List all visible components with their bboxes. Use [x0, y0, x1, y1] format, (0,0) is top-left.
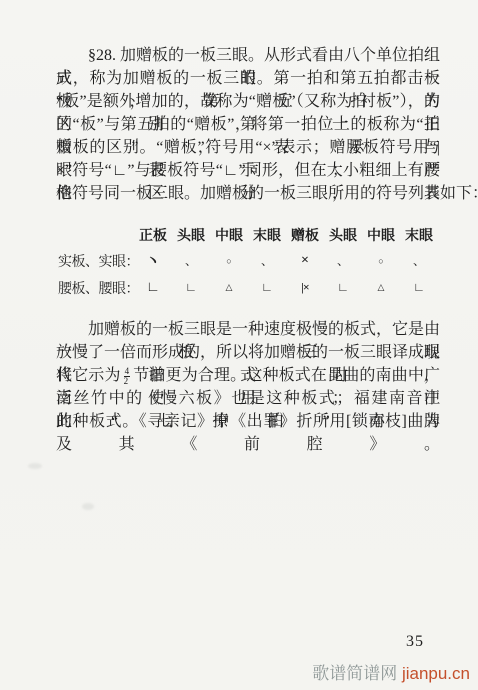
scan-artifact: [82, 503, 94, 510]
solid-zengban-symbol: ×: [286, 253, 324, 269]
scan-artifact: [28, 463, 42, 469]
watermark: 歌谱简谱网 jianpu.cn: [312, 659, 470, 684]
watermark-site-name: 歌谱简谱网: [312, 664, 397, 683]
text-content: §28. 加赠板的一板三眼。从形式看由八个单位拍组成的板 式，称为加赠板的一板三…: [56, 44, 440, 433]
table-header-cell: 头眼: [172, 225, 210, 245]
waist-ban-symbol: ∟: [134, 280, 172, 296]
table-header-cell: 中眼: [362, 225, 400, 245]
table-header-cell: 末眼: [400, 225, 438, 245]
text-line: 赠板的区别。“赠板”符号用“×”表示；赠腰板符号用“|×”表示；腰: [56, 136, 440, 159]
table-header-cell: 赠板: [286, 225, 324, 245]
waist-end-eye-symbol: ∟: [400, 280, 438, 295]
scanned-book-page: §28. 加赠板的一板三眼。从形式看由八个单位拍组成的板 式，称为加赠板的一板三…: [0, 0, 478, 690]
table-header-cell: 头眼: [324, 225, 362, 245]
paragraph-section-28: §28. 加赠板的一板三眼。从形式看由八个单位拍组成的板 式，称为加赠板的一板三…: [56, 44, 440, 205]
table-header-cell: 末眼: [248, 225, 286, 245]
table-header-row: 正板 头眼 中眼 末眼 赠板 头眼 中眼 末眼: [58, 222, 440, 247]
text-line: §28. 加赠板的一板三眼。从形式看由八个单位拍组成的板: [56, 44, 440, 67]
text-line: “板”是额外增加的，故称为“赠板”（又称为“衬板”），为区别第一拍: [56, 90, 440, 113]
text-segment: 将它示为: [56, 367, 121, 384]
text-line: 的“板”与第五拍的“赠板”，将第一拍位上的板称为“正板”，表示与: [56, 113, 440, 136]
text-line-with-fraction: 将它示为42节拍更为合理。这种板式在昆曲的南曲中广泛使用；江: [56, 364, 440, 387]
solid-ban-symbol: 丶: [134, 250, 172, 271]
table-row-label: 实板、实眼：: [58, 251, 134, 271]
solid-end-eye-symbol: 、: [248, 252, 286, 269]
waist-eye-symbol: ∟: [324, 280, 362, 295]
notation-symbol-table: 正板 头眼 中眼 末眼 赠板 头眼 中眼 末眼 实板、实眼： 丶 、 ○ 、 ×…: [58, 222, 440, 301]
text-line: 放慢了一倍而形成的，所以将加赠板的一板三眼译成现代谱式时，: [56, 341, 440, 364]
waist-middle-eye-symbol: △: [362, 282, 400, 293]
table-header-cell: 中眼: [210, 225, 248, 245]
solid-middle-eye-symbol: ○: [362, 256, 400, 266]
text-line: 南丝竹中的《慢六板》也是这种板式；福建南音中的“七撩拍”亦为: [56, 387, 440, 410]
solid-eye-symbol: 、: [324, 252, 362, 269]
waist-middle-eye-symbol: △: [210, 282, 248, 293]
text-line: 式，称为加赠板的一板三眼。第一拍和第五拍都击一板，第五拍的: [56, 67, 440, 90]
text-line: 他符号同一板三眼。加赠板的一板三眼所用的符号列表如下：: [56, 182, 440, 205]
table-row-label: 腰板、腰眼：: [58, 278, 134, 298]
text-line: 加赠板的一板三眼是一种速度极慢的板式，它是由一板三眼: [56, 318, 440, 341]
watermark-site-url: jianpu.cn: [402, 664, 470, 683]
waist-eye-symbol: ∟: [172, 280, 210, 295]
waist-end-eye-symbol: ∟: [248, 280, 286, 295]
waist-zengban-symbol: |×: [286, 280, 324, 295]
solid-eye-symbol: 、: [172, 252, 210, 269]
text-line: 眼符号“∟”与腰板符号“∟”同形，但在大小粗细上有严格区分，其: [56, 159, 440, 182]
paragraph-explanation: 加赠板的一板三眼是一种速度极慢的板式，它是由一板三眼 放慢了一倍而形成的，所以将…: [56, 318, 440, 433]
text-line: 此种板式。《寻亲记》中《出罪》折所用[锁南枝]曲牌及其《前腔》。: [56, 410, 440, 433]
page-number: 35: [406, 633, 424, 651]
time-signature-fraction: 42: [124, 367, 131, 386]
table-row-waist: 腰板、腰眼： ∟ ∟ △ ∟ |× ∟ △ ∟: [58, 274, 440, 301]
table-row-solid: 实板、实眼： 丶 、 ○ 、 × 、 ○ 、: [58, 247, 440, 274]
table-header-cell: 正板: [134, 225, 172, 245]
solid-end-eye-symbol: 、: [400, 252, 438, 269]
fraction-denominator: 2: [124, 377, 131, 386]
solid-middle-eye-symbol: ○: [210, 256, 248, 266]
